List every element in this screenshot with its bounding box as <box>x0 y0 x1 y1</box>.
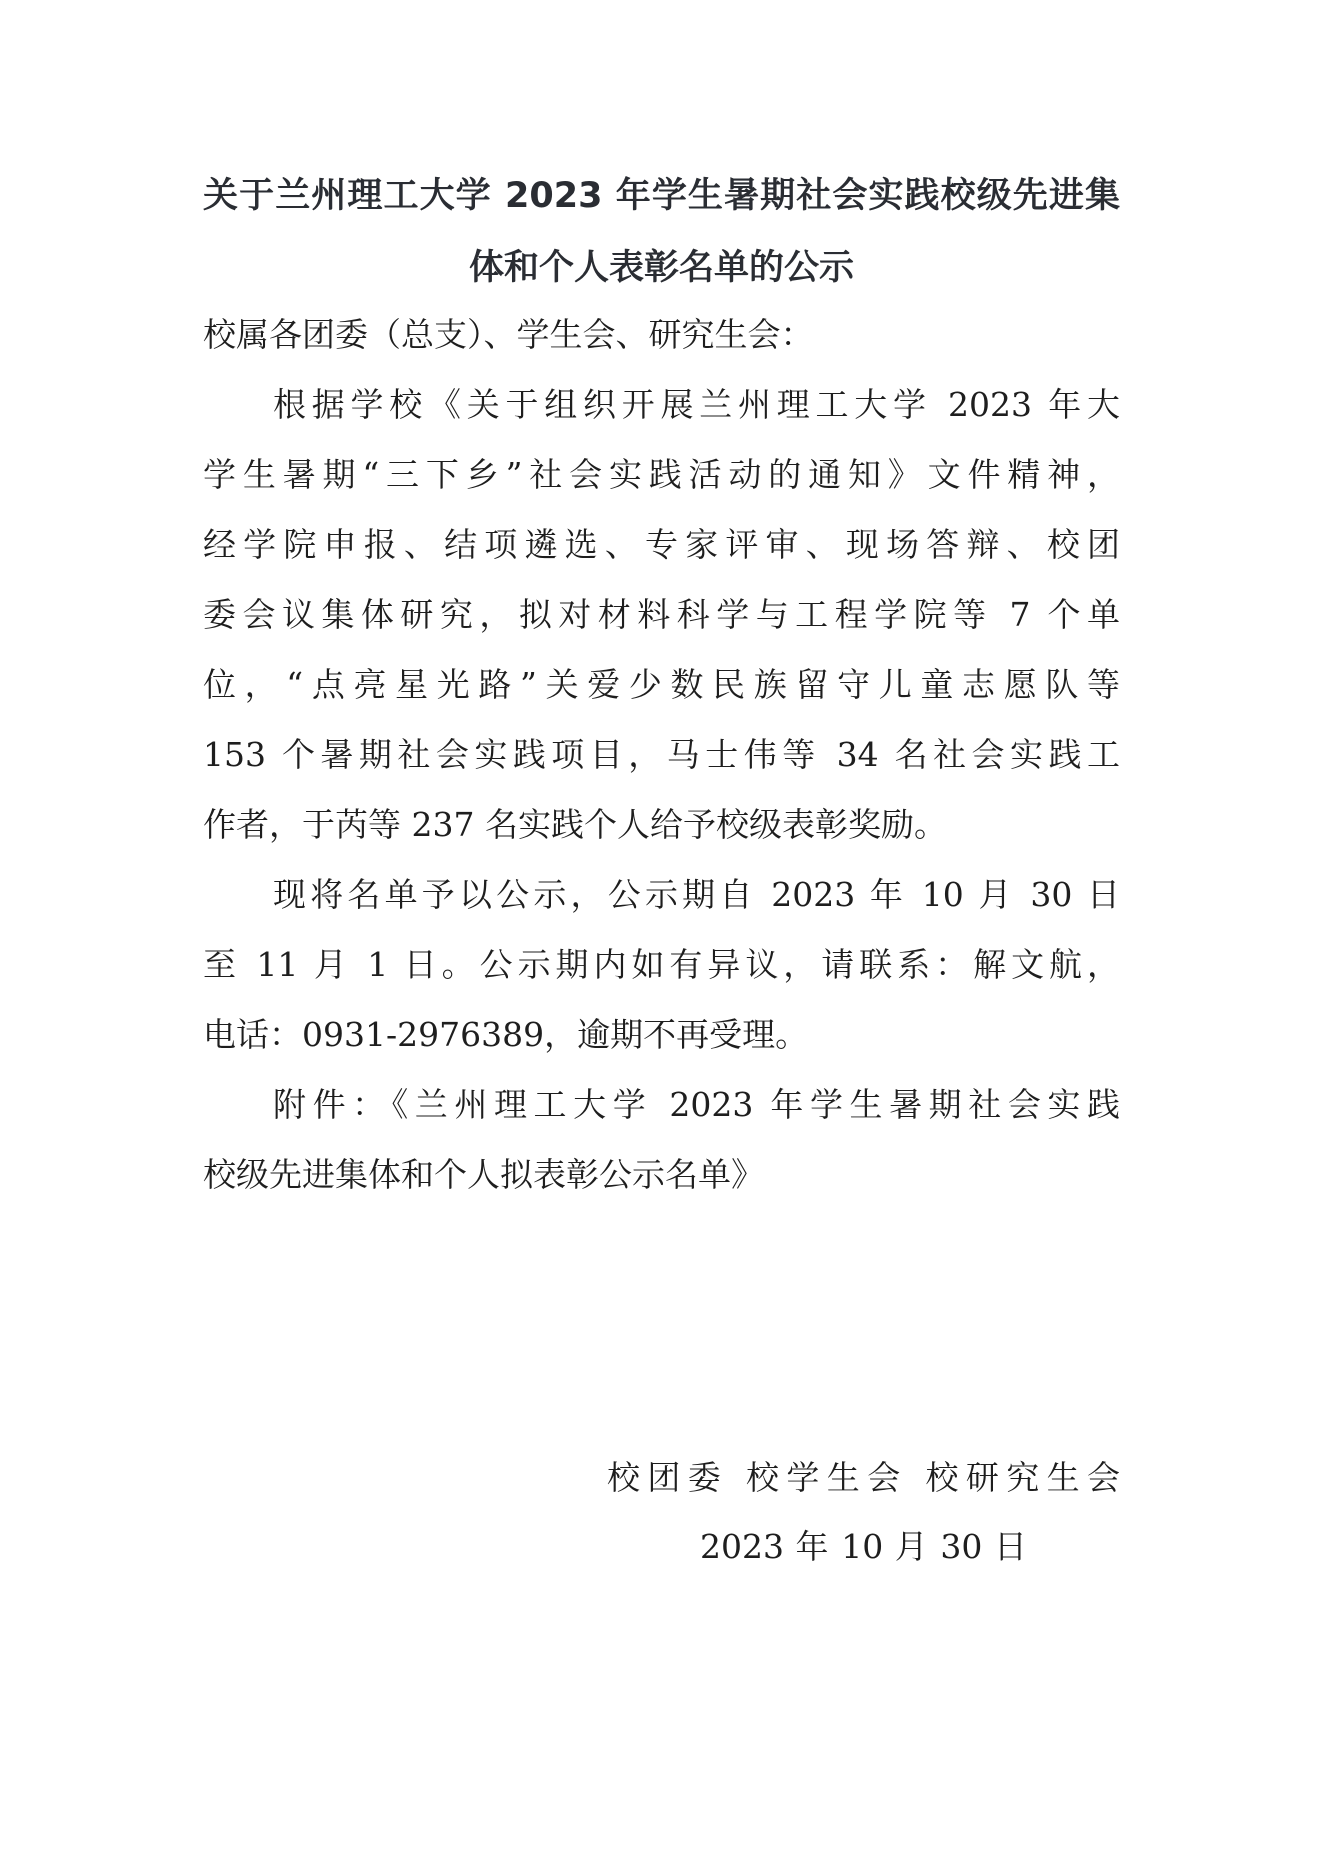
attachment-paragraph: 附件：《兰州理工大学 2023 年学生暑期社会实践 校级先进集体和个人拟表彰公示… <box>203 1070 1120 1210</box>
paragraph-line: 现将名单予以公示，公示期自 2023 年 10 月 30 日 <box>203 860 1120 930</box>
paragraph-line: 经学院申报、结项遴选、专家评审、现场答辩、校团 <box>203 510 1120 580</box>
document-title: 关于兰州理工大学 2023 年学生暑期社会实践校级先进集 体和个人表彰名单的公示 <box>203 160 1120 304</box>
paragraph-line: 委会议集体研究，拟对材料科学与工程学院等 7 个单 <box>203 580 1120 650</box>
document-page: 关于兰州理工大学 2023 年学生暑期社会实践校级先进集 体和个人表彰名单的公示… <box>0 0 1323 1871</box>
publicity-paragraph: 现将名单予以公示，公示期自 2023 年 10 月 30 日 至 11 月 1 … <box>203 860 1120 1070</box>
document-body: 校属各团委（总支）、学生会、研究生会： 根据学校《关于组织开展兰州理工大学 20… <box>203 300 1120 1210</box>
signature-date: 2023 年 10 月 30 日 <box>700 1512 1027 1582</box>
paragraph-line: 153 个暑期社会实践项目，马士伟等 34 名社会实践工 <box>203 720 1120 790</box>
salutation: 校属各团委（总支）、学生会、研究生会： <box>203 300 1120 370</box>
paragraph-line: 附件：《兰州理工大学 2023 年学生暑期社会实践 <box>203 1070 1120 1140</box>
contact-phone-line: 电话：0931-2976389，逾期不再受理。 <box>203 1000 1120 1070</box>
paragraph-line: 至 11 月 1 日。公示期内如有异议，请联系：解文航， <box>203 930 1120 1000</box>
title-line-1: 关于兰州理工大学 2023 年学生暑期社会实践校级先进集 <box>203 160 1120 232</box>
paragraph-line: 校级先进集体和个人拟表彰公示名单》 <box>203 1140 1120 1210</box>
paragraph-line: 位，“点亮星光路”关爱少数民族留守儿童志愿队等 <box>203 650 1120 720</box>
title-line-2: 体和个人表彰名单的公示 <box>203 232 1120 304</box>
paragraph-line: 根据学校《关于组织开展兰州理工大学 2023 年大 <box>203 370 1120 440</box>
paragraph-line: 作者，于芮等 237 名实践个人给予校级表彰奖励。 <box>203 790 1120 860</box>
basis-paragraph: 根据学校《关于组织开展兰州理工大学 2023 年大 学生暑期“三下乡”社会实践活… <box>203 370 1120 860</box>
signature-organizations: 校团委 校学生会 校研究生会 <box>607 1443 1120 1513</box>
paragraph-line: 学生暑期“三下乡”社会实践活动的通知》文件精神， <box>203 440 1120 510</box>
